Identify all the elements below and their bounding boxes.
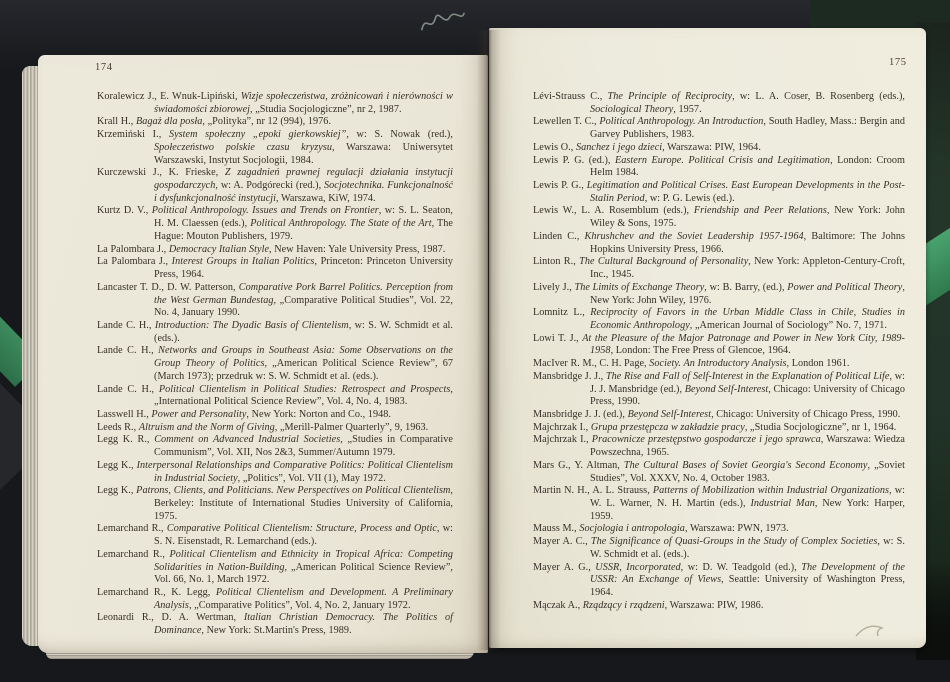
bibliography-entry: Majchrzak I., Grupa przestępcza w zakład… (533, 422, 905, 435)
bibliography-entry: Lande C. H., Introduction: The Dyadic Ba… (97, 320, 453, 345)
bibliography-entry: Lasswell H., Power and Personality, New … (97, 409, 453, 422)
bibliography-entry: Kurtz D. V., Political Anthropology. Iss… (97, 205, 453, 243)
bibliography-entry: Mauss M., Socjologia i antropologia, War… (533, 523, 905, 536)
bibliography-entry: Krzemiński I., System społeczny „epoki g… (97, 129, 453, 167)
left-page-stack-edge (22, 66, 39, 646)
book-gutter-shadow (477, 30, 501, 650)
bibliography-entry: Lancaster T. D., D. W. Patterson, Compar… (97, 282, 453, 320)
bibliography-entry: La Palombara J., Democracy Italian Style… (97, 244, 453, 257)
bibliography-entry: Mayer A. G., USSR, Incorporated, w: D. W… (533, 562, 905, 600)
bibliography-entry: Mansbridge J. J. (ed.), Beyond Self-Inte… (533, 409, 905, 422)
bibliography-entry: Leeds R., Altruism and the Norm of Givin… (97, 422, 453, 435)
bibliography-entry: Lévi-Strauss C., The Principle of Recipr… (533, 91, 905, 116)
bibliography-entry: Lewellen T. C., Political Anthropology. … (533, 116, 905, 141)
bibliography-entry: Lomnitz L., Reciprocity of Favors in the… (533, 307, 905, 332)
bibliography-entry: Kurczewski J., K. Frieske, Z zagadnień p… (97, 167, 453, 205)
left-page-number: 174 (95, 62, 113, 73)
bibliography-entry: Lewis P. G. (ed.), Eastern Europe. Polit… (533, 155, 905, 180)
bibliography-entry: Mayer A. C., The Significance of Quasi-G… (533, 536, 905, 561)
bibliography-entry: Linton R., The Cultural Background of Pe… (533, 256, 905, 281)
bibliography-entry: Martin N. H., A. L. Strauss, Patterns of… (533, 485, 905, 523)
bibliography-entry: Lewis W., L. A. Rosemblum (eds.), Friend… (533, 205, 905, 230)
handwritten-mark-icon (418, 8, 468, 36)
bibliography-entry: Linden C., Khrushchev and the Soviet Lea… (533, 231, 905, 256)
page-curl-icon (854, 620, 896, 644)
left-page-bibliography: Koralewicz J., E. Wnuk-Lipiński, Wizje s… (97, 91, 453, 638)
book-scan-scene: 174 175 Koralewicz J., E. Wnuk-Lipiński,… (0, 0, 950, 682)
right-page-number: 175 (889, 57, 907, 68)
bibliography-entry: Lande C. H., Political Clientelism in Po… (97, 384, 453, 409)
bibliography-entry: Lewis O., Sanchez i jego dzieci, Warszaw… (533, 142, 905, 155)
bibliography-entry: Lewis P. G., Legitimation and Political … (533, 180, 905, 205)
bibliography-entry: Mars G., Y. Altman, The Cultural Bases o… (533, 460, 905, 485)
bibliography-entry: Majchrzak I., Pracownicze przestępstwo g… (533, 434, 905, 459)
bibliography-entry: Lowi T. J., At the Pleasure of the Major… (533, 333, 905, 358)
bibliography-entry: Lemarchand R., Political Clientelism and… (97, 549, 453, 587)
right-page-bibliography: Lévi-Strauss C., The Principle of Recipr… (533, 91, 905, 612)
bibliography-entry: MacIver R. M., C. H. Page, Society. An I… (533, 358, 905, 371)
bibliography-entry: Legg K., Interpersonal Relationships and… (97, 460, 453, 485)
bibliography-entry: Leonardi R., D. A. Wertman, Italian Chri… (97, 612, 453, 637)
bibliography-entry: Mączak A., Rządzący i rządzeni, Warszawa… (533, 600, 905, 613)
bibliography-entry: Lemarchand R., K. Legg, Political Client… (97, 587, 453, 612)
bibliography-entry: Koralewicz J., E. Wnuk-Lipiński, Wizje s… (97, 91, 453, 116)
bibliography-entry: Krall H., Bagaż dla posła, „Polityka”, n… (97, 116, 453, 129)
bibliography-entry: La Palombara J., Interest Groups in Ital… (97, 256, 453, 281)
bibliography-entry: Legg K. R., Comment on Advanced Industri… (97, 434, 453, 459)
bibliography-entry: Lande C. H., Networks and Groups in Sout… (97, 345, 453, 383)
bibliography-entry: Legg K., Patrons, Clients, and Politicia… (97, 485, 453, 523)
bibliography-entry: Mansbridge J. J., The Rise and Fall of S… (533, 371, 905, 409)
bibliography-entry: Lemarchand R., Comparative Political Cli… (97, 523, 453, 548)
bibliography-entry: Lively J., The Limits of Exchange Theory… (533, 282, 905, 307)
